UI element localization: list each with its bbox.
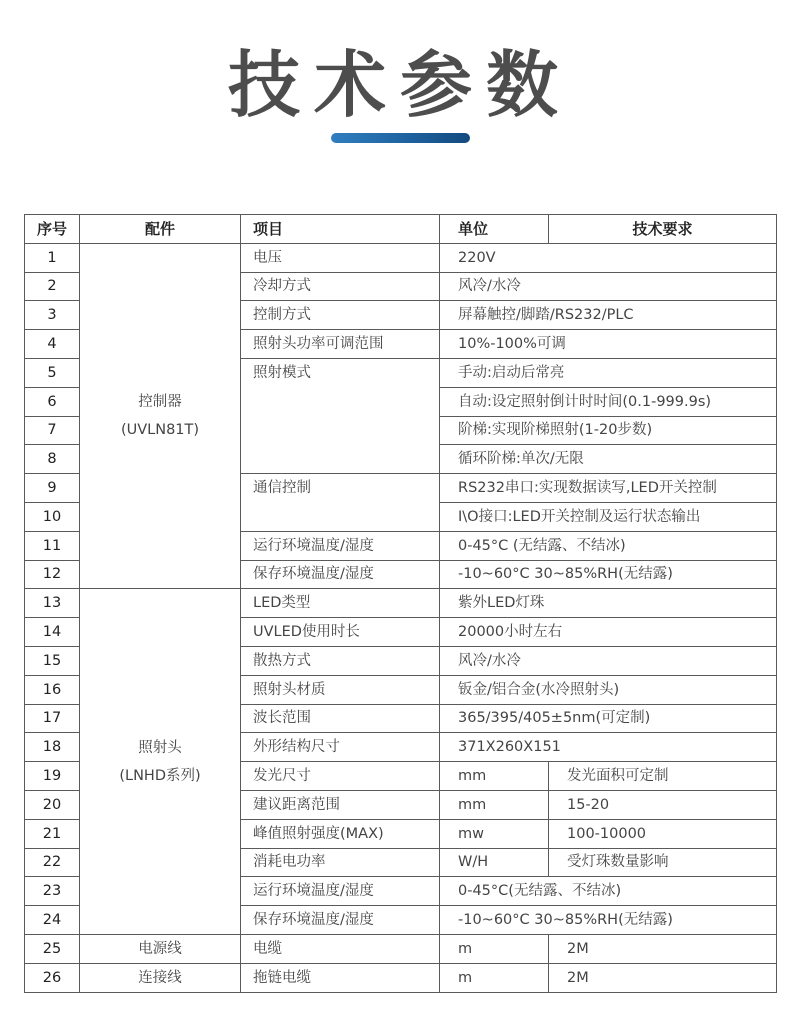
part-irradiation-head: 照射头 (LNHD系列) — [80, 589, 241, 935]
col-header-requirement: 技术要求 — [549, 215, 777, 244]
row-number: 24 — [25, 906, 80, 935]
col-header-item: 项目 — [241, 215, 440, 244]
spec-value: 365/395/405±5nm(可定制) — [440, 704, 777, 733]
item-label: 外形结构尺寸 — [241, 733, 440, 762]
table-row: 13 照射头 (LNHD系列) LED类型 紫外LED灯珠 — [25, 589, 777, 618]
spec-value: 手动:启动后常亮 — [440, 358, 777, 387]
spec-value: 15-20 — [549, 790, 777, 819]
row-number: 20 — [25, 790, 80, 819]
item-label: 运行环境温度/湿度 — [241, 531, 440, 560]
row-number: 9 — [25, 474, 80, 503]
item-label: 保存环境温度/湿度 — [241, 560, 440, 589]
row-number: 12 — [25, 560, 80, 589]
spec-value: 受灯珠数量影响 — [549, 848, 777, 877]
item-label: 消耗电功率 — [241, 848, 440, 877]
table-row: 26 连接线 拖链电缆 m 2M — [25, 963, 777, 992]
table-header-row: 序号 配件 项目 单位 技术要求 — [25, 215, 777, 244]
row-number: 22 — [25, 848, 80, 877]
item-label: 建议距离范围 — [241, 790, 440, 819]
part-model: (LNHD系列) — [80, 762, 240, 790]
item-label: 照射模式 — [241, 358, 440, 473]
row-number: 14 — [25, 618, 80, 647]
unit-value: m — [440, 963, 549, 992]
spec-value: 2M — [549, 963, 777, 992]
spec-value: 风冷/水冷 — [440, 646, 777, 675]
item-label: 冷却方式 — [241, 272, 440, 301]
row-number: 15 — [25, 646, 80, 675]
spec-value: 10%-100%可调 — [440, 330, 777, 359]
part-power-cord: 电源线 — [80, 934, 241, 963]
row-number: 8 — [25, 445, 80, 474]
unit-value: W/H — [440, 848, 549, 877]
item-label: 散热方式 — [241, 646, 440, 675]
row-number: 21 — [25, 819, 80, 848]
row-number: 3 — [25, 301, 80, 330]
item-label: LED类型 — [241, 589, 440, 618]
row-number: 13 — [25, 589, 80, 618]
spec-value: I\O接口:LED开关控制及运行状态输出 — [440, 502, 777, 531]
row-number: 11 — [25, 531, 80, 560]
row-number: 19 — [25, 762, 80, 791]
item-label: 照射头材质 — [241, 675, 440, 704]
spec-value: 阶梯:实现阶梯照射(1-20步数) — [440, 416, 777, 445]
row-number: 17 — [25, 704, 80, 733]
spec-value: 100-10000 — [549, 819, 777, 848]
spec-value: -10~60°C 30~85%RH(无结露) — [440, 560, 777, 589]
spec-value: 20000小时左右 — [440, 618, 777, 647]
row-number: 25 — [25, 934, 80, 963]
spec-value: 屏幕触控/脚踏/RS232/PLC — [440, 301, 777, 330]
spec-value: 0-45°C(无结露、不结冰) — [440, 877, 777, 906]
table-row: 25 电源线 电缆 m 2M — [25, 934, 777, 963]
page-title: 技术参数 — [0, 40, 800, 130]
spec-table: 序号 配件 项目 单位 技术要求 1 控制器 (UVLN81T) 电压 220V… — [24, 214, 777, 993]
part-model: (UVLN81T) — [80, 416, 240, 444]
row-number: 26 — [25, 963, 80, 992]
spec-value: 自动:设定照射倒计时时间(0.1-999.9s) — [440, 387, 777, 416]
spec-value: 2M — [549, 934, 777, 963]
item-label: 发光尺寸 — [241, 762, 440, 791]
spec-value: 紫外LED灯珠 — [440, 589, 777, 618]
spec-value: 371X260X151 — [440, 733, 777, 762]
item-label: 控制方式 — [241, 301, 440, 330]
unit-value: m — [440, 934, 549, 963]
item-label: 电缆 — [241, 934, 440, 963]
unit-value: mm — [440, 762, 549, 791]
item-label: 运行环境温度/湿度 — [241, 877, 440, 906]
row-number: 18 — [25, 733, 80, 762]
table-row: 1 控制器 (UVLN81T) 电压 220V — [25, 243, 777, 272]
spec-value: 220V — [440, 243, 777, 272]
part-connect-cord: 连接线 — [80, 963, 241, 992]
row-number: 4 — [25, 330, 80, 359]
row-number: 6 — [25, 387, 80, 416]
part-name: 控制器 — [80, 388, 240, 416]
row-number: 16 — [25, 675, 80, 704]
spec-value: RS232串口:实现数据读写,LED开关控制 — [440, 474, 777, 503]
spec-value: 钣金/铝合金(水冷照射头) — [440, 675, 777, 704]
item-label: 拖链电缆 — [241, 963, 440, 992]
item-label: UVLED使用时长 — [241, 618, 440, 647]
col-header-unit: 单位 — [440, 215, 549, 244]
item-label: 通信控制 — [241, 474, 440, 532]
col-header-no: 序号 — [25, 215, 80, 244]
spec-value: 0-45°C (无结露、不结冰) — [440, 531, 777, 560]
col-header-part: 配件 — [80, 215, 241, 244]
unit-value: mw — [440, 819, 549, 848]
unit-value: mm — [440, 790, 549, 819]
row-number: 7 — [25, 416, 80, 445]
part-name: 照射头 — [80, 734, 240, 762]
spec-value: 发光面积可定制 — [549, 762, 777, 791]
item-label: 电压 — [241, 243, 440, 272]
title-underline-accent — [331, 133, 470, 143]
item-label: 峰值照射强度(MAX) — [241, 819, 440, 848]
row-number: 1 — [25, 243, 80, 272]
row-number: 10 — [25, 502, 80, 531]
spec-value: -10~60°C 30~85%RH(无结露) — [440, 906, 777, 935]
row-number: 23 — [25, 877, 80, 906]
row-number: 2 — [25, 272, 80, 301]
item-label: 波长范围 — [241, 704, 440, 733]
item-label: 保存环境温度/湿度 — [241, 906, 440, 935]
part-controller: 控制器 (UVLN81T) — [80, 243, 241, 589]
item-label: 照射头功率可调范围 — [241, 330, 440, 359]
row-number: 5 — [25, 358, 80, 387]
spec-value: 风冷/水冷 — [440, 272, 777, 301]
spec-value: 循环阶梯:单次/无限 — [440, 445, 777, 474]
